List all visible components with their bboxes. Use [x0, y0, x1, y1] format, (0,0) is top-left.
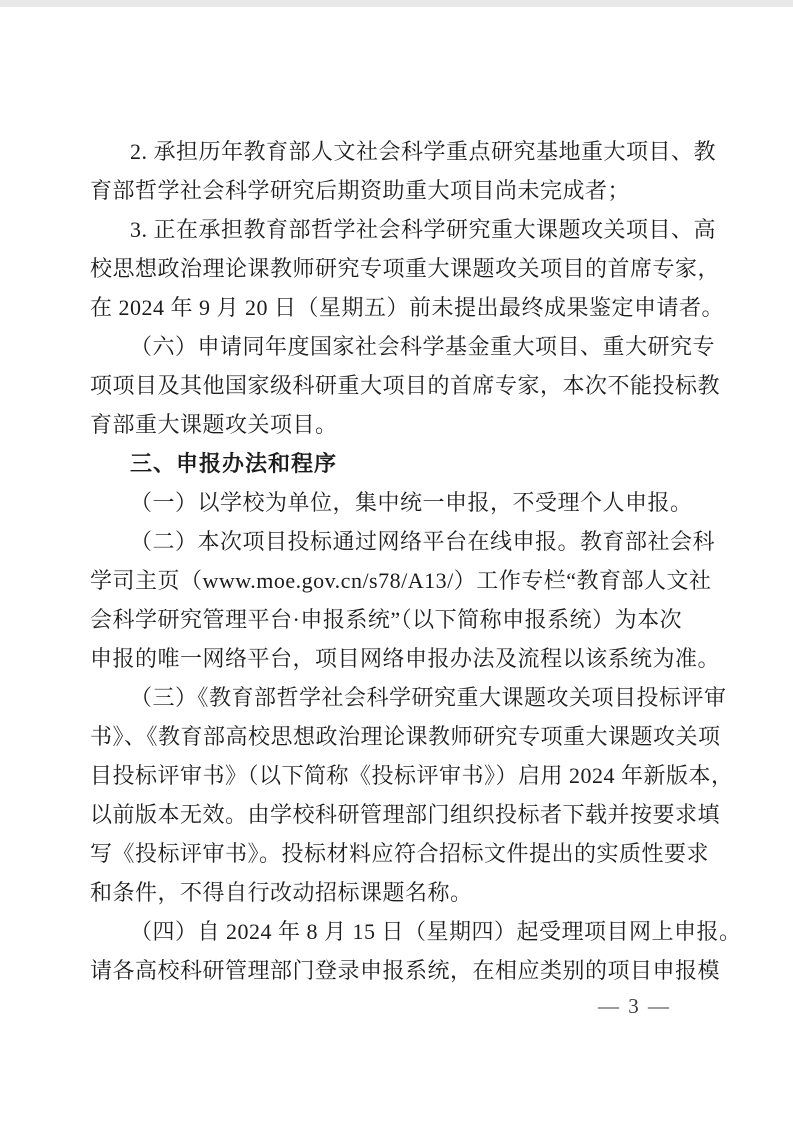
paragraph-item-3: 3. 正在承担教育部哲学社会科学研究重大课题攻关项目、高 校思想政治理论课教师研… [90, 210, 708, 327]
scan-edge-artifact [0, 0, 793, 7]
text-line: 目投标评审书》（以下简称《投标评审书》）启用 2024 年新版本， [90, 756, 708, 795]
section-heading: 三、申报办法和程序 [90, 444, 708, 483]
text-line: 会科学研究管理平台·申报系统”（以下简称申报系统）为本次 [90, 600, 708, 639]
text-line: 学司主页（www.moe.gov.cn/s78/A13/）工作专栏“教育部人文社 [90, 561, 708, 600]
text-line: 校思想政治理论课教师研究专项重大课题攻关项目的首席专家， [90, 249, 708, 288]
text-line: 2. 承担历年教育部人文社会科学重点研究基地重大项目、教 [90, 132, 708, 171]
text-line: （三）《教育部哲学社会科学研究重大课题攻关项目投标评审 [90, 678, 708, 717]
text-line: 书》、《教育部高校思想政治理论课教师研究专项重大课题攻关项 [90, 717, 708, 756]
document-body: 2. 承担历年教育部人文社会科学重点研究基地重大项目、教 育部哲学社会科学研究后… [90, 132, 708, 990]
text-line: 3. 正在承担教育部哲学社会科学研究重大课题攻关项目、高 [90, 210, 708, 249]
text-line: 在 2024 年 9 月 20 日（星期五）前未提出最终成果鉴定申请者。 [90, 288, 708, 327]
paragraph-item-s1: （一）以学校为单位，集中统一申报，不受理个人申报。 [90, 483, 708, 522]
paragraph-item-2: 2. 承担历年教育部人文社会科学重点研究基地重大项目、教 育部哲学社会科学研究后… [90, 132, 708, 210]
text-line: 写《投标评审书》。投标材料应符合招标文件提出的实质性要求 [90, 834, 708, 873]
text-line: 育部哲学社会科学研究后期资助重大项目尚未完成者； [90, 171, 708, 210]
paragraph-item-6: （六）申请同年度国家社会科学基金重大项目、重大研究专 项项目及其他国家级科研重大… [90, 327, 708, 444]
section-heading-text: 三、申报办法和程序 [90, 444, 708, 483]
text-line: 申报的唯一网络平台，项目网络申报办法及流程以该系统为准。 [90, 639, 708, 678]
text-line: 项项目及其他国家级科研重大项目的首席专家，本次不能投标教 [90, 366, 708, 405]
paragraph-item-s4: （四）自 2024 年 8 月 15 日（星期四）起受理项目网上申报。 请各高校… [90, 912, 708, 990]
text-line: （六）申请同年度国家社会科学基金重大项目、重大研究专 [90, 327, 708, 366]
text-line: 和条件，不得自行改动招标课题名称。 [90, 873, 708, 912]
text-line: 以前版本无效。由学校科研管理部门组织投标者下载并按要求填 [90, 795, 708, 834]
text-line: （一）以学校为单位，集中统一申报，不受理个人申报。 [90, 483, 708, 522]
text-line: 育部重大课题攻关项目。 [90, 405, 708, 444]
text-line: （二）本次项目投标通过网络平台在线申报。教育部社会科 [90, 522, 708, 561]
page-number: — 3 — [598, 994, 671, 1019]
text-line: （四）自 2024 年 8 月 15 日（星期四）起受理项目网上申报。 [90, 912, 708, 951]
paragraph-item-s2: （二）本次项目投标通过网络平台在线申报。教育部社会科 学司主页（www.moe.… [90, 522, 708, 678]
text-line: 请各高校科研管理部门登录申报系统，在相应类别的项目申报模 [90, 951, 708, 990]
document-page: 2. 承担历年教育部人文社会科学重点研究基地重大项目、教 育部哲学社会科学研究后… [0, 0, 793, 1122]
paragraph-item-s3: （三）《教育部哲学社会科学研究重大课题攻关项目投标评审 书》、《教育部高校思想政… [90, 678, 708, 912]
